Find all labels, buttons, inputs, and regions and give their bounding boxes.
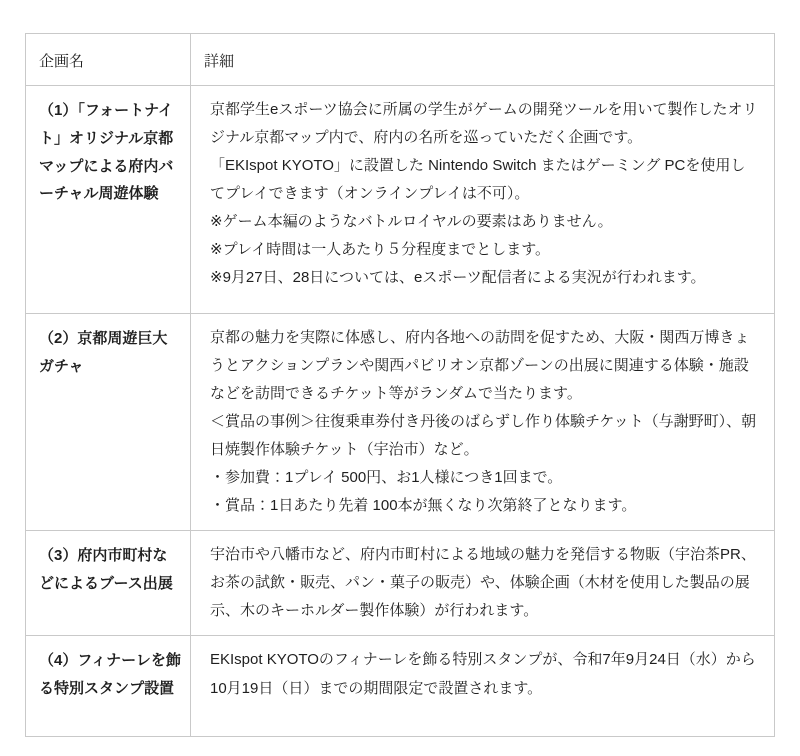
plan-name-kyoto-gacha: （2）京都周遊巨大ガチャ: [26, 314, 191, 531]
table-row: （4）フィナーレを飾る特別スタンプ設置 EKIspot KYOTOのフィナーレを…: [26, 636, 775, 737]
plan-detail-kyoto-gacha: 京都の魅力を実際に体感し、府内各地への訪問を促すため、大阪・関西万博きょうとアク…: [191, 314, 775, 531]
table-row: （3）府内市町村などによるブース出展 宇治市や八幡市など、府内市町村による地域の…: [26, 531, 775, 636]
detail-paragraph: ・参加費：1プレイ 500円、お1人様につき1回まで。: [210, 464, 758, 492]
page: 企画名 詳細 （1）「フォートナイト」オリジナル京都マップによる府内バーチャル周…: [0, 0, 800, 756]
detail-paragraph: ※ゲーム本編のようなバトルロイヤルの要素はありません。: [210, 208, 758, 236]
plan-name-municipality-booths: （3）府内市町村などによるブース出展: [26, 531, 191, 636]
detail-paragraph: ※プレイ時間は一人あたり５分程度までとします。: [210, 236, 758, 264]
detail-paragraph: 京都の魅力を実際に体感し、府内各地への訪問を促すため、大阪・関西万博きょうとアク…: [210, 324, 758, 408]
detail-paragraph: ＜賞品の事例＞往復乗車券付き丹後のばらずし作り体験チケット（与謝野町）、朝日焼製…: [210, 408, 758, 464]
table-header-row: 企画名 詳細: [26, 34, 775, 86]
table-row: （2）京都周遊巨大ガチャ 京都の魅力を実際に体感し、府内各地への訪問を促すため、…: [26, 314, 775, 531]
detail-paragraph: ※9月27日、28日については、eスポーツ配信者による実況が行われます。: [210, 264, 758, 292]
plan-detail-finale-stamp: EKIspot KYOTOのフィナーレを飾る特別スタンプが、令和7年9月24日（…: [191, 636, 775, 737]
detail-paragraph: EKIspot KYOTOのフィナーレを飾る特別スタンプが、令和7年9月24日（…: [210, 646, 758, 702]
detail-paragraph: ・賞品：1日あたり先着 100本が無くなり次第終了となります。: [210, 492, 758, 520]
column-header-detail: 詳細: [191, 34, 775, 86]
plan-name-fortnite-virtual-tour: （1）「フォートナイト」オリジナル京都マップによる府内バーチャル周遊体験: [26, 86, 191, 314]
plan-detail-municipality-booths: 宇治市や八幡市など、府内市町村による地域の魅力を発信する物販（宇治茶PR、お茶の…: [191, 531, 775, 636]
table-row: （1）「フォートナイト」オリジナル京都マップによる府内バーチャル周遊体験 京都学…: [26, 86, 775, 314]
plan-detail-fortnite-virtual-tour: 京都学生eスポーツ協会に所属の学生がゲームの開発ツールを用いて製作したオリジナル…: [191, 86, 775, 314]
detail-paragraph: 宇治市や八幡市など、府内市町村による地域の魅力を発信する物販（宇治茶PR、お茶の…: [210, 541, 758, 625]
column-header-plan-name: 企画名: [26, 34, 191, 86]
event-plan-table: 企画名 詳細 （1）「フォートナイト」オリジナル京都マップによる府内バーチャル周…: [25, 33, 775, 737]
plan-name-finale-stamp: （4）フィナーレを飾る特別スタンプ設置: [26, 636, 191, 737]
detail-paragraph: 「EKIspot KYOTO」に設置した Nintendo Switch または…: [210, 152, 758, 208]
detail-paragraph: 京都学生eスポーツ協会に所属の学生がゲームの開発ツールを用いて製作したオリジナル…: [210, 96, 758, 152]
